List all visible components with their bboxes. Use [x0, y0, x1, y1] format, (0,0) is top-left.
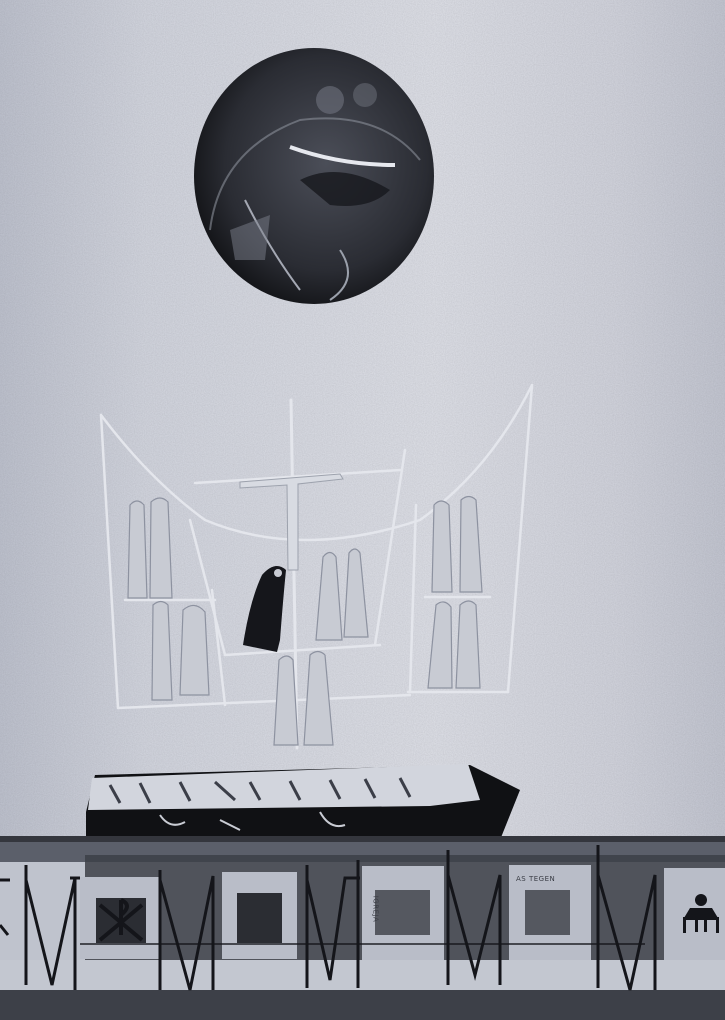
- altar-with-patterned-cloth: [86, 764, 520, 840]
- panel-caption-as-tegen: AS TEGEN: [516, 875, 555, 883]
- photo-canvas: [0, 0, 725, 1020]
- panel-caption-igreja: IGREJA: [371, 896, 379, 923]
- letter-frieze-with-panels: [0, 836, 725, 1020]
- round-painted-medallion: [194, 48, 434, 304]
- photograph: IGREJA AS TEGEN: [0, 0, 725, 1020]
